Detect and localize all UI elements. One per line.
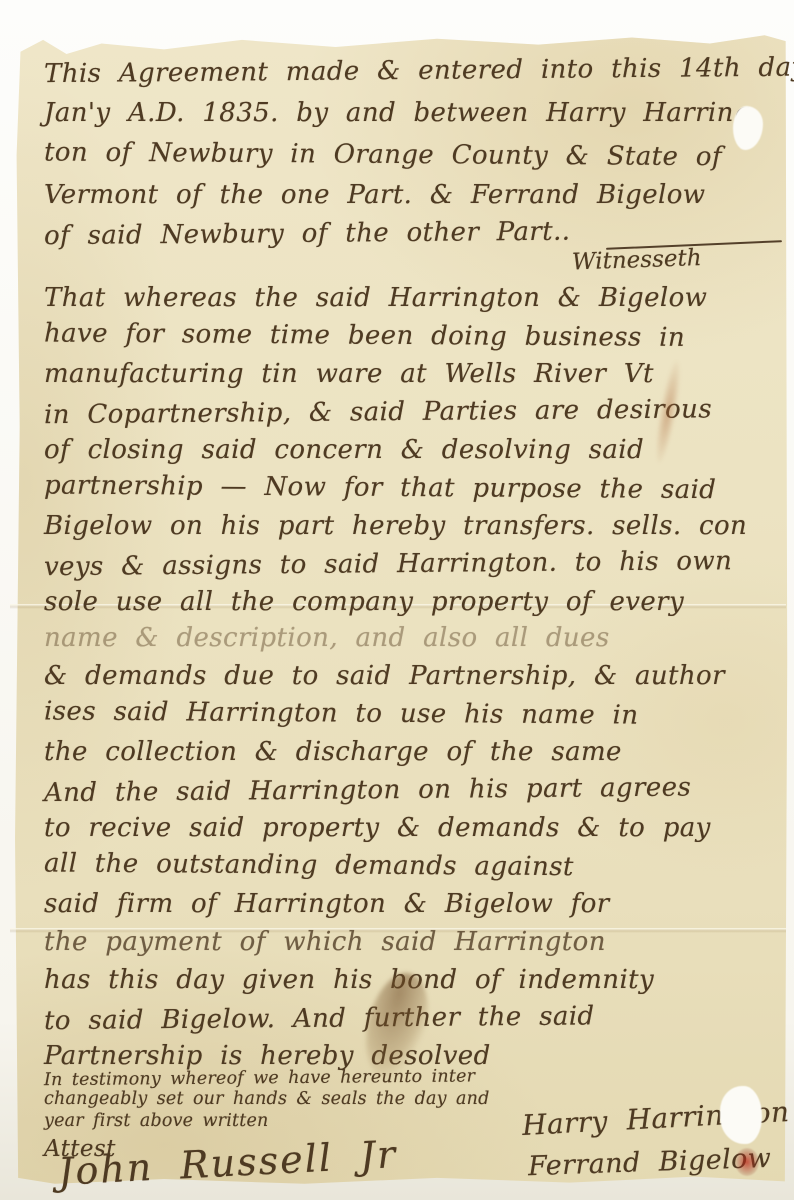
document-line-on-crease: the payment of which said Harrington bbox=[44, 925, 774, 959]
document-line: have for some time been doing business i… bbox=[44, 316, 774, 355]
document-line: And the said Harrington on his part agre… bbox=[44, 770, 774, 810]
document-line: to recive said property & demands & to p… bbox=[44, 811, 774, 845]
scanned-document: This Agreement made & entered into this … bbox=[0, 0, 794, 1200]
document-line: sole use all the company property of eve… bbox=[44, 585, 774, 619]
document-line-faded: name & description, and also all dues bbox=[44, 621, 774, 655]
document-line: Bigelow on his part hereby transfers. se… bbox=[44, 509, 774, 543]
document-line: & demands due to said Partnership, & aut… bbox=[44, 659, 774, 693]
document-line: ton of Newbury in Orange County & State … bbox=[44, 135, 774, 174]
document-line: all the outstanding demands against bbox=[44, 846, 774, 885]
document-line: That whereas the said Harrington & Bigel… bbox=[44, 281, 774, 315]
document-line: said firm of Harrington & Bigelow for bbox=[44, 887, 774, 921]
paper-tear-bottom-right bbox=[720, 1086, 762, 1144]
red-seal-mark bbox=[735, 1148, 759, 1176]
document-line: Vermont of the one Part. & Ferrand Bigel… bbox=[44, 178, 774, 212]
document-line: This Agreement made & entered into this … bbox=[44, 51, 774, 91]
document-line: the collection & discharge of the same bbox=[44, 735, 774, 769]
document-line: veys & assigns to said Harrington. to hi… bbox=[44, 544, 774, 584]
document-line: partnership — Now for that purpose the s… bbox=[44, 468, 774, 507]
document-line: ises said Harrington to use his name in bbox=[44, 694, 774, 733]
document-line: Jan'y A.D. 1835. by and between Harry Ha… bbox=[44, 96, 774, 130]
